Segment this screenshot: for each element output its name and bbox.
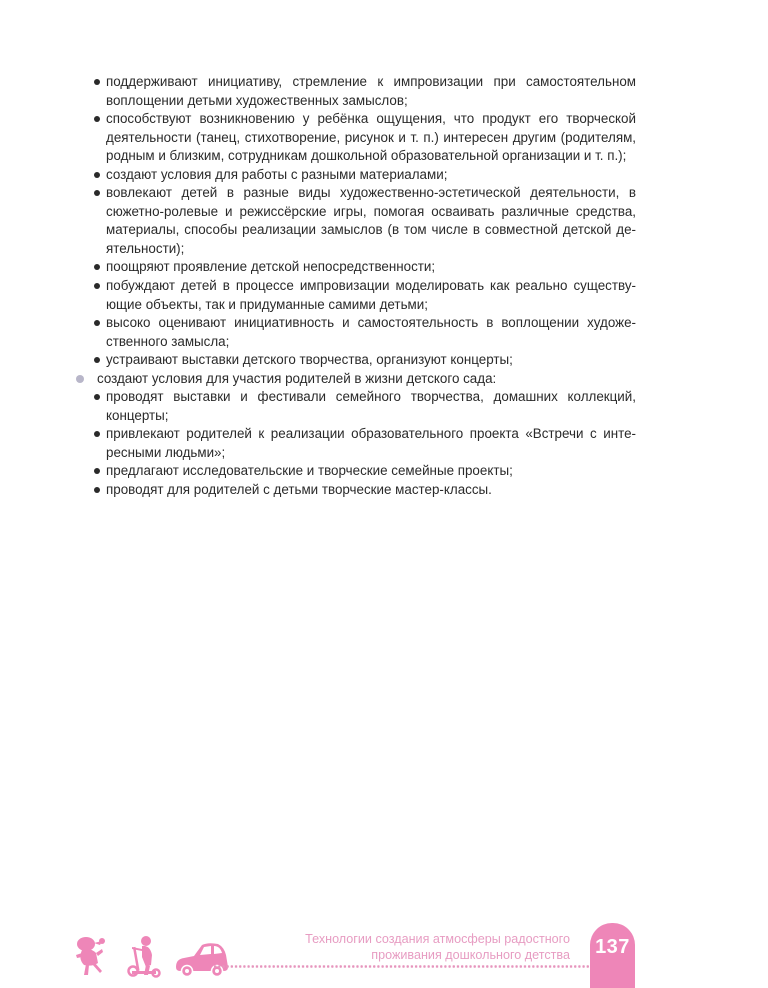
dancing-girl-icon [72,935,112,979]
list-item: поддерживают инициативу, стремление к им… [106,73,636,110]
bullet-icon [94,190,100,196]
bullet-icon [94,283,100,289]
bullet-icon [94,320,100,326]
footer-title-line-2: проживания дошкольного детства [305,948,570,964]
list-item: способствуют возникновению у ребёнка ощу… [106,110,636,166]
child-on-scooter-icon [124,935,164,979]
bullet-icon [94,487,100,493]
list-item: создают условия для работы с разными мат… [106,166,636,185]
bullet-icon [94,264,100,270]
list-item: проводят выставки и фестивали семейного … [106,388,636,425]
list-item: проводят для родителей с детьми творческ… [106,481,636,500]
bullet-icon [76,375,84,383]
list-item: высоко оценивают инициативность и самост… [106,314,636,351]
bullet-icon [94,468,100,474]
footer-title-line-1: Технологии создания атмосферы радостного [305,932,570,948]
bullet-icon [94,79,100,85]
list-item: побуждают детей в процессе импровизации … [106,277,636,314]
bullet-icon [94,116,100,122]
list-item: поощряют проявление детской непосредстве… [106,258,636,277]
list-item: вовлекают детей в разные виды художестве… [106,184,636,258]
list-item: предлагают исследовательские и творчески… [106,462,636,481]
bullet-icon [94,431,100,437]
car-icon [174,941,230,979]
list-item: устраивают выставки детского творчества,… [106,351,636,370]
bullet-icon [94,394,100,400]
footer-dotted-rule [213,965,590,968]
bullet-icon [94,357,100,363]
main-content: поддерживают инициативу, стремление к им… [0,73,768,500]
footer-decoration [72,935,232,979]
running-footer-title: Технологии создания атмосферы радостного… [305,932,570,963]
list-item: привлекают родителей к реализации образо… [106,425,636,462]
bullet-icon [94,172,100,178]
list-item-heading: создают условия для участия родителей в … [97,370,636,389]
page-number: 137 [590,936,635,959]
page-number-tab: 137 [590,923,635,988]
